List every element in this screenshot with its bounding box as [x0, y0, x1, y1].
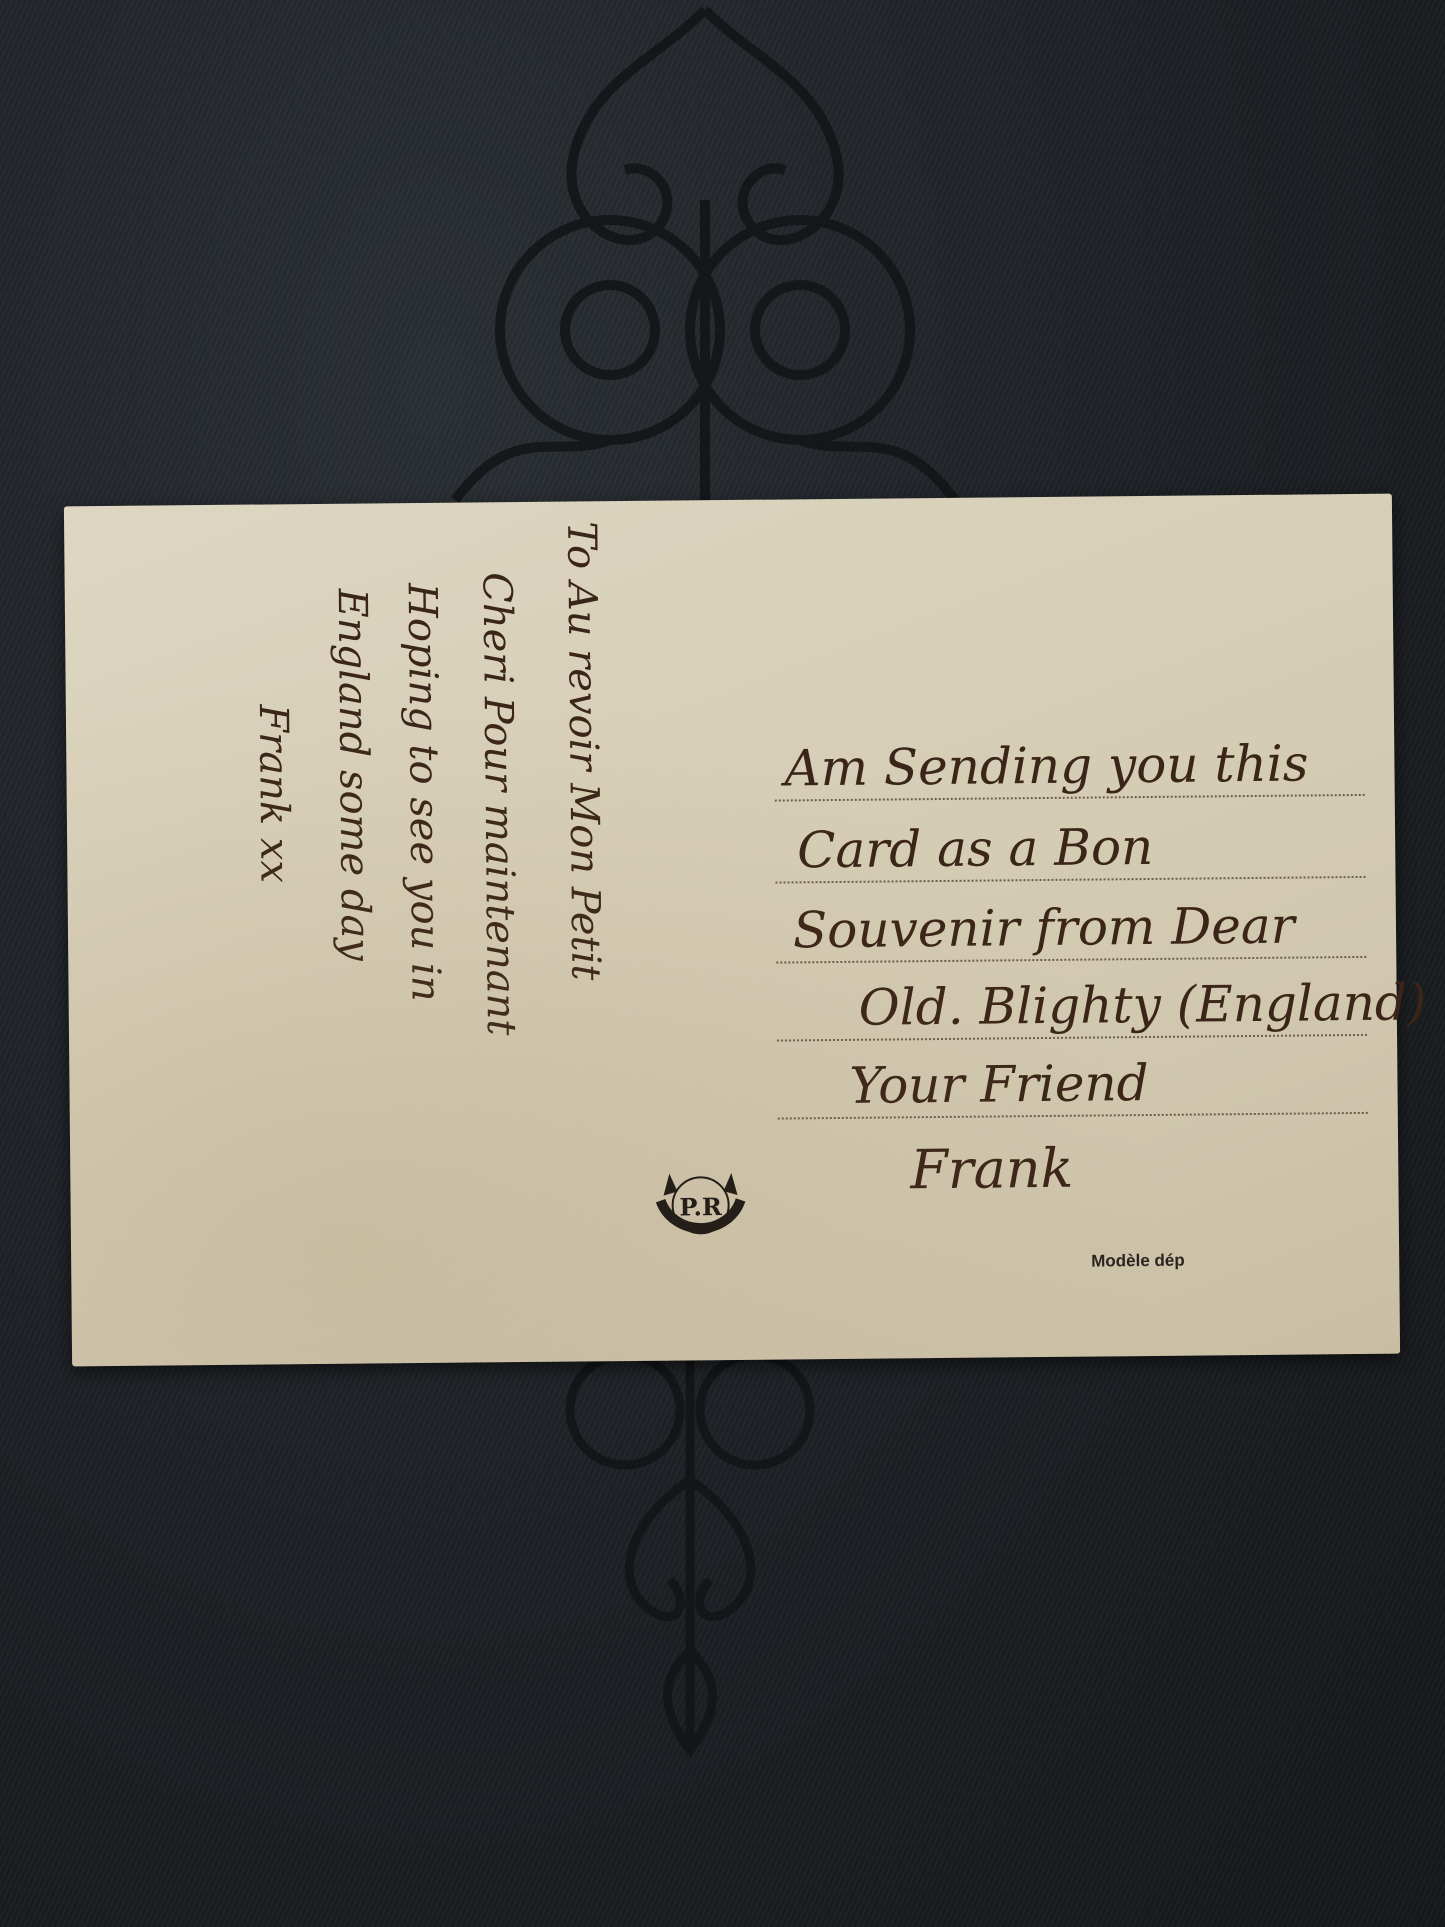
embossed-scroll-ornament-bottom: [520, 1350, 860, 1770]
embossed-scroll-ornament-top: [395, 0, 1015, 520]
message-line-2: Card as a Bon: [797, 818, 1154, 879]
vertical-line-3: Hoping to see you in: [399, 583, 449, 1002]
printed-modele-mark: Modèle dép: [1091, 1251, 1185, 1272]
message-line-1: Am Sending you this: [784, 734, 1308, 797]
vertical-line-4: England some day: [329, 588, 379, 961]
vertical-line-5: Frank xx: [250, 704, 298, 883]
postcard: To Au revoir Mon Petit Cheri Pour mainte…: [64, 494, 1400, 1367]
vertical-line-2: Cheri Pour maintenant: [474, 572, 524, 1036]
message-line-4: Old. Blighty (England): [858, 973, 1426, 1036]
message-line-5: Your Friend: [849, 1054, 1149, 1115]
signature: Frank: [910, 1137, 1074, 1202]
logo-initials: P.R: [679, 1192, 723, 1221]
message-line-3: Souvenir from Dear: [793, 897, 1295, 960]
vertical-line-1: To Au revoir Mon Petit: [558, 521, 608, 981]
publisher-logo: P.R: [645, 1165, 756, 1256]
